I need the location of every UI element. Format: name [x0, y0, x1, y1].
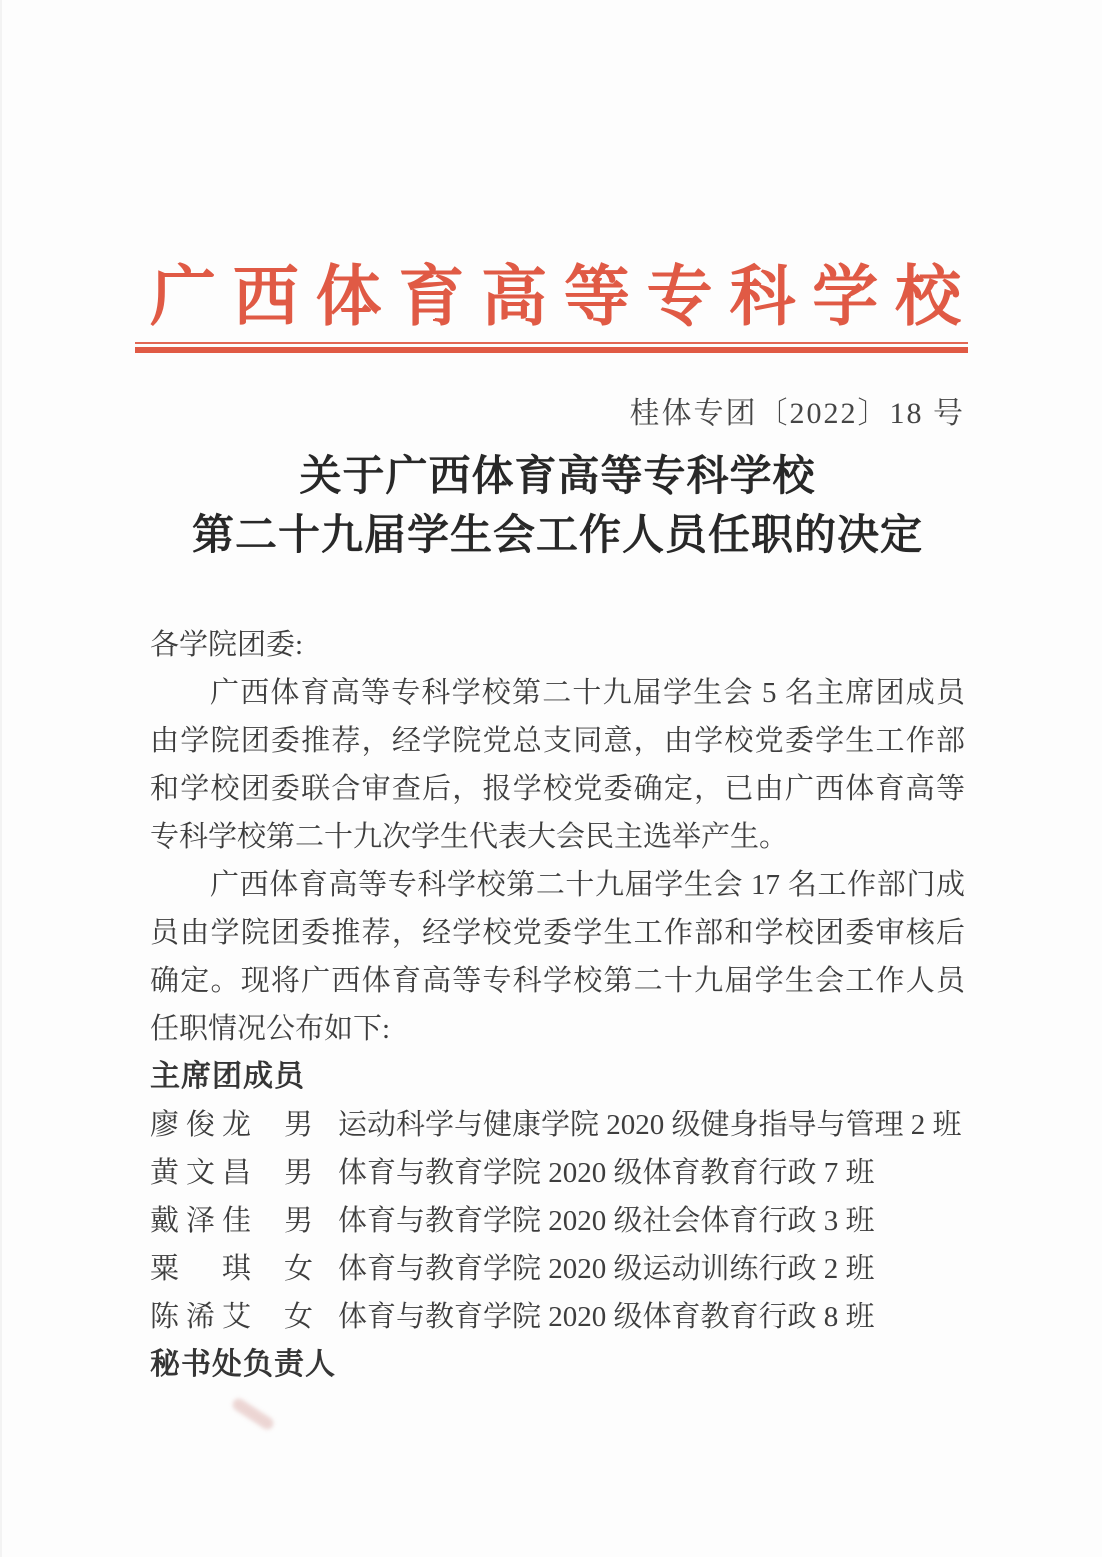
member-gender: 男: [284, 1101, 318, 1149]
member-gender: 女: [284, 1245, 318, 1293]
member-name: 粟 琪: [150, 1245, 251, 1293]
paragraph2-line: 确定。现将广西体育高等专科学校第二十九届学生会工作人员: [150, 957, 965, 1005]
letterhead-rule-thin: [135, 342, 968, 344]
paragraph2-line: 任职情况公布如下:: [150, 1005, 965, 1053]
member-name: 黄文昌: [150, 1149, 251, 1197]
document-title-line1: 关于广西体育高等专科学校: [120, 448, 995, 507]
member-gender: 女: [284, 1293, 318, 1341]
member-gender: 男: [284, 1197, 318, 1245]
section-heading-secretariat: 秘书处负责人: [150, 1341, 965, 1389]
member-class: 运动科学与健康学院 2020 级健身指导与管理 2 班: [338, 1101, 965, 1149]
paragraph1-line: 和学校团委联合审查后，报学校党委确定，已由广西体育高等: [150, 765, 965, 813]
document-title-line2: 第二十九届学生会工作人员任职的决定: [120, 507, 995, 566]
member-row: 粟 琪 女 体育与教育学院 2020 级运动训练行政 2 班: [150, 1245, 965, 1293]
member-class: 体育与教育学院 2020 级社会体育行政 3 班: [338, 1197, 965, 1245]
member-name: 廖俊龙: [150, 1101, 251, 1149]
member-class: 体育与教育学院 2020 级运动训练行政 2 班: [338, 1245, 965, 1293]
document-number: 桂体专团〔2022〕18 号: [150, 392, 965, 436]
letterhead-rule: [135, 342, 968, 353]
member-name: 陈浠艾: [150, 1293, 251, 1341]
member-name: 戴泽佳: [150, 1197, 251, 1245]
scan-smudge-artifact: [230, 1396, 275, 1431]
member-row: 戴泽佳 男 体育与教育学院 2020 级社会体育行政 3 班: [150, 1197, 965, 1245]
letterhead-title: 广西体育高等专科学校: [150, 258, 962, 338]
member-class: 体育与教育学院 2020 级体育教育行政 7 班: [338, 1149, 965, 1197]
paragraph1-line: 由学院团委推荐，经学院党总支同意，由学校党委学生工作部: [150, 717, 965, 765]
document-body: 各学院团委: 广西体育高等专科学校第二十九届学生会 5 名主席团成员 由学院团委…: [150, 621, 965, 1389]
paragraph2-line: 员由学院团委推荐，经学校党委学生工作部和学校团委审核后: [150, 909, 965, 957]
member-class: 体育与教育学院 2020 级体育教育行政 8 班: [338, 1293, 965, 1341]
paragraph2-line: 广西体育高等专科学校第二十九届学生会 17 名工作部门成: [150, 861, 965, 909]
member-row: 廖俊龙 男 运动科学与健康学院 2020 级健身指导与管理 2 班: [150, 1101, 965, 1149]
section-heading-presidium: 主席团成员: [150, 1053, 965, 1101]
paragraph1-line: 专科学校第二十九次学生代表大会民主选举产生。: [150, 813, 965, 861]
document-title: 关于广西体育高等专科学校 第二十九届学生会工作人员任职的决定: [120, 448, 995, 566]
member-gender: 男: [284, 1149, 318, 1197]
salutation: 各学院团委:: [150, 621, 965, 669]
document-page: 广西体育高等专科学校 桂体专团〔2022〕18 号 关于广西体育高等专科学校 第…: [0, 0, 1102, 1557]
paragraph1-line: 广西体育高等专科学校第二十九届学生会 5 名主席团成员: [150, 669, 965, 717]
member-row: 黄文昌 男 体育与教育学院 2020 级体育教育行政 7 班: [150, 1149, 965, 1197]
member-row: 陈浠艾 女 体育与教育学院 2020 级体育教育行政 8 班: [150, 1293, 965, 1341]
letterhead-rule-thick: [135, 347, 968, 353]
